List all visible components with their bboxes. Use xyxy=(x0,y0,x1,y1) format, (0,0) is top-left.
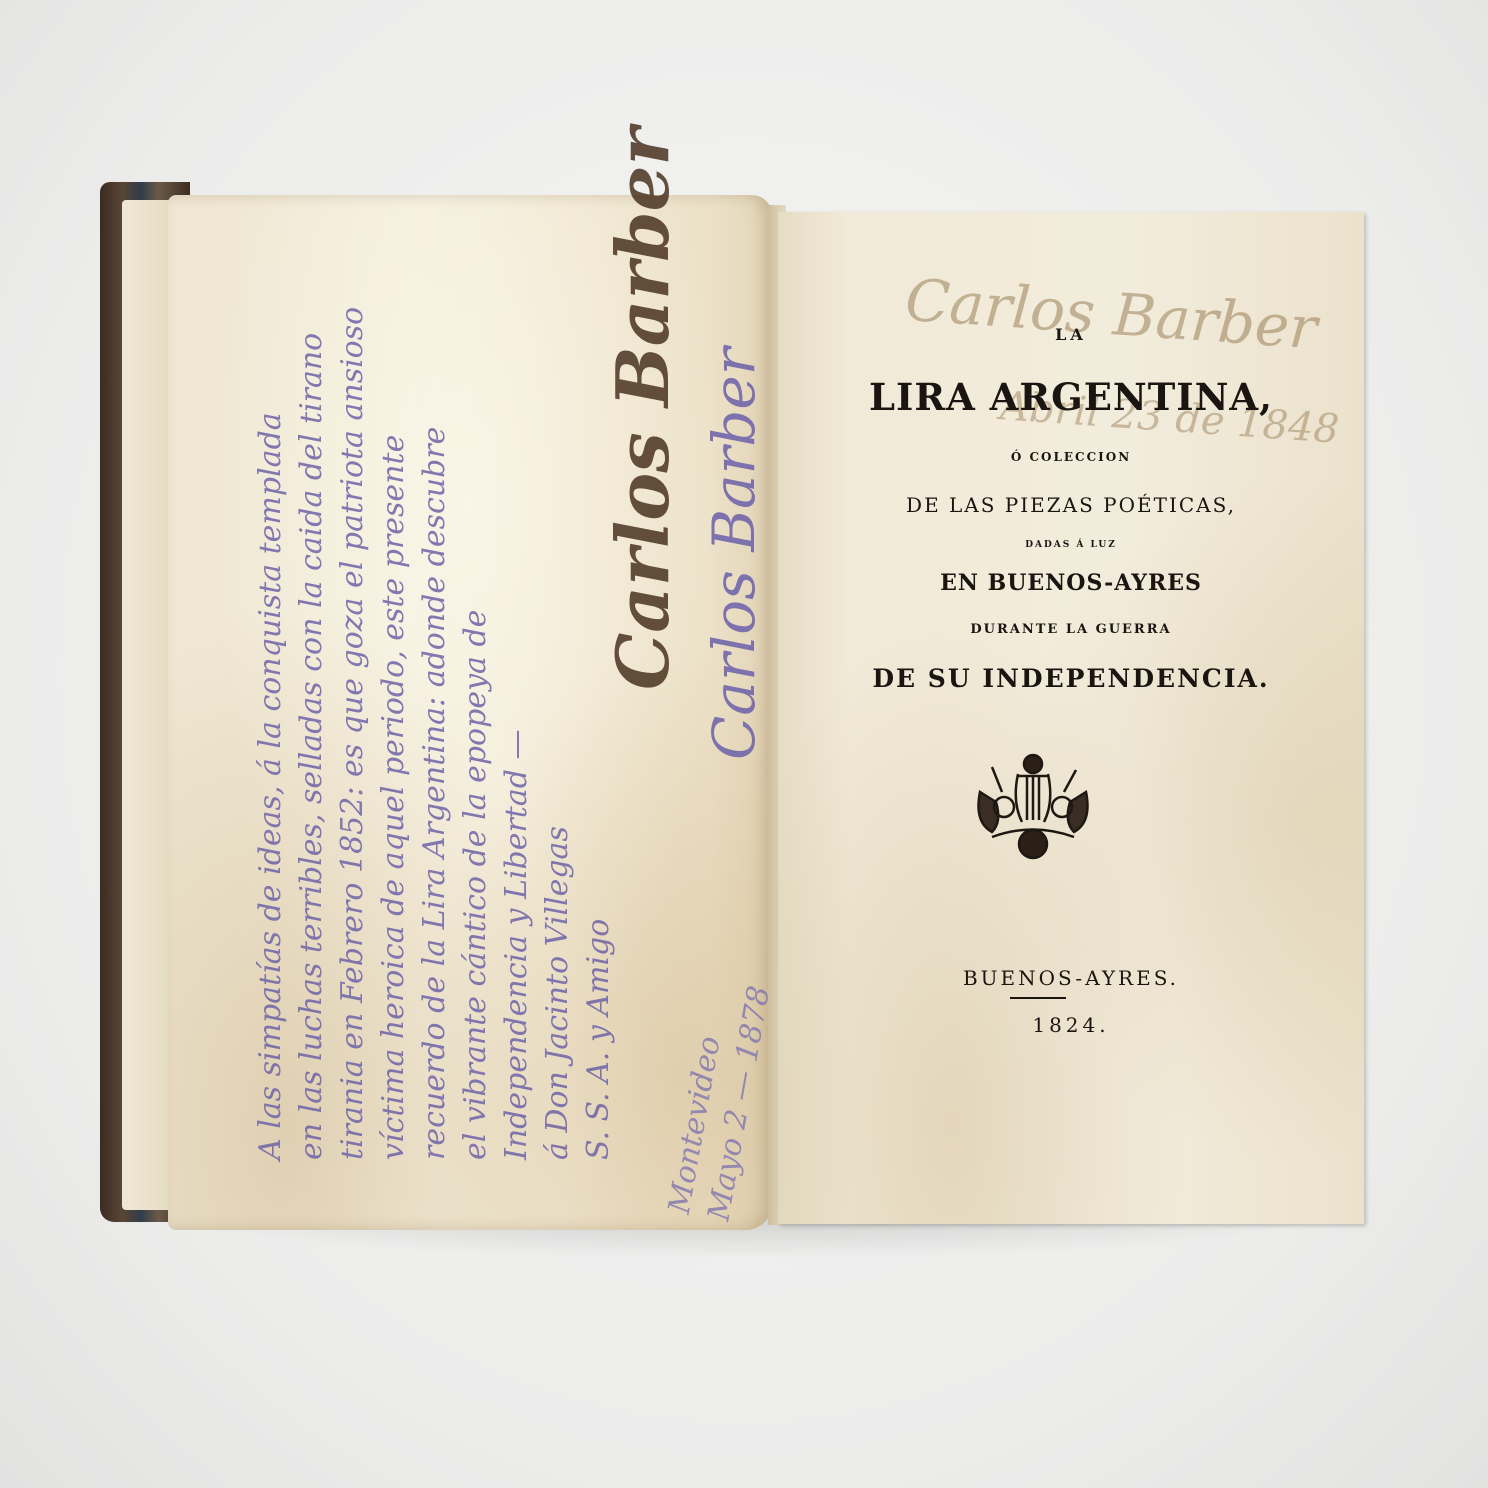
subtitle-line: EN BUENOS-AYRES xyxy=(778,570,1364,596)
violet-ink-signature: Carlos Barber xyxy=(700,348,768,760)
inscription-line: tirania en Febrero 1852: es que goza el … xyxy=(332,307,373,1160)
imprint-year: 1824. xyxy=(778,1013,1364,1037)
subtitle-line: Ó COLECCION xyxy=(778,450,1364,464)
imprint-rule xyxy=(1010,997,1066,999)
inscription-line: en las luchas terribles, selladas con la… xyxy=(291,307,332,1160)
inscription-line: recuerdo de la Lira Argentina: adonde de… xyxy=(414,307,455,1160)
subtitle-line: DADAS Á LUZ xyxy=(778,540,1364,550)
title-article: LA xyxy=(778,325,1364,344)
inscription-line: víctima heroica de aquel periodo, este p… xyxy=(373,307,414,1160)
subtitle-line: DURANTE LA GUERRA xyxy=(778,622,1364,637)
subtitle-line: DE LAS PIEZAS POÉTICAS, xyxy=(778,493,1364,517)
book-title: LIRA ARGENTINA, xyxy=(778,375,1364,419)
imprint-city: BUENOS-AYRES. xyxy=(778,966,1364,990)
inscription-line: A las simpatías de ideas, á la conquista… xyxy=(250,307,291,1160)
title-block: LA LIRA ARGENTINA, Ó COLECCION DE LAS PI… xyxy=(778,0,1364,1100)
inscription-dedication: á Don Jacinto Villegas xyxy=(537,307,578,1160)
brown-ink-signature: Carlos Barber xyxy=(600,128,685,690)
subtitle-line: DE SU INDEPENDENCIA. xyxy=(778,664,1364,693)
inscription-line: Independencia y Libertad — xyxy=(496,307,537,1160)
flyleaf-inscription: A las simpatías de ideas, á la conquista… xyxy=(250,307,619,1160)
inscription-line: el vibrante cántico de la epopeya de xyxy=(455,307,496,1160)
lyre-ornament-icon xyxy=(972,752,1094,864)
